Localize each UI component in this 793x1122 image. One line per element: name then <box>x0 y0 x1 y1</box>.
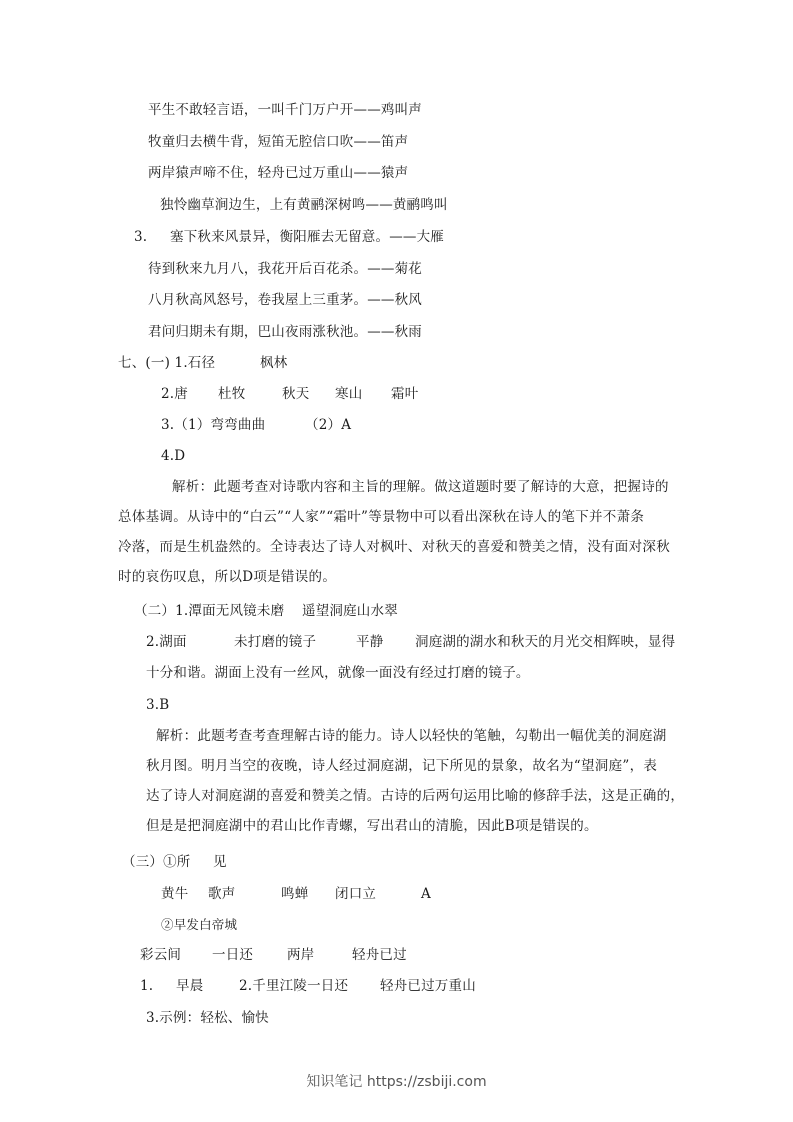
poem-line: 八月秋高风怒号，卷我屋上三重茅。——秋风 <box>148 291 422 309</box>
answer-line: 3.示例：轻松、愉快 <box>146 1009 269 1027</box>
answer-line: （二）1.潭面无风镜未磨 <box>134 602 284 620</box>
answer-line: 寒山 <box>335 385 362 403</box>
answer-line: 2.湖面 <box>146 633 187 651</box>
answer-line: ②早发白帝城 <box>161 916 237 934</box>
poem-line: 独怜幽草涧边生，上有黄鹂深树鸣——黄鹂鸣叫 <box>160 196 448 214</box>
answer-line: 杜牧 <box>218 385 245 403</box>
analysis-line: 解析：此题考查对诗歌内容和主旨的理解。做这道题时要了解诗的大意，把握诗的 <box>118 472 670 502</box>
answer-line: 2.唐 <box>161 385 188 403</box>
answer-line: 3.（1）弯弯曲曲 <box>161 416 265 434</box>
poem-line: 塞下秋来风景异，衡阳雁去无留意。——大雁 <box>170 228 444 246</box>
answer-line: 未打磨的镜子 <box>234 633 316 651</box>
answer-line: 轻舟已过万重山 <box>380 977 476 995</box>
answer-line: 2.千里江陵一日还 <box>239 977 348 995</box>
answer-line: 见 <box>213 853 227 871</box>
analysis-line: 冷落，而是生机盎然的。全诗表达了诗人对枫叶、对秋天的喜爱和赞美之情，没有面对深秋 <box>118 532 670 562</box>
answer-line: 平静 <box>356 633 383 651</box>
answer-line: 十分和谐。湖面上没有一丝风，就像一面没有经过打磨的镜子。 <box>146 664 530 682</box>
analysis-line: 时的哀伤叹息，所以D项是错误的。 <box>118 562 670 592</box>
analysis-line: 解析：此题考查考查理解古诗的能力。诗人以轻快的笔触，勾勒出一幅优美的洞庭湖 <box>146 721 684 751</box>
analysis-line: 达了诗人对洞庭湖的喜爱和赞美之情。古诗的后两句运用比喻的修辞手法，这是正确的， <box>146 781 684 811</box>
analysis-line: 但是是把洞庭湖中的君山比作青螺，写出君山的清脆，因此B项是错误的。 <box>146 811 684 841</box>
answer-line: 遥望洞庭山水翠 <box>302 602 398 620</box>
answer-line: 彩云间 <box>140 946 181 964</box>
poem-line: 两岸猿声啼不住，轻舟已过万重山——猿声 <box>148 164 408 182</box>
answer-line: 轻舟已过 <box>352 946 407 964</box>
poem-line: 君问归期未有期，巴山夜雨涨秋池。——秋雨 <box>148 323 422 341</box>
answer-line: 霜叶 <box>391 385 418 403</box>
poem-line: 平生不敢轻言语，一叫千门万户开——鸡叫声 <box>148 101 422 119</box>
answer-line: 洞庭湖的湖水和秋天的月光交相辉映，显得 <box>415 633 675 651</box>
answer-line: 1. <box>140 977 153 995</box>
watermark-footer: 知识笔记 https://zsbiji.com <box>0 1071 793 1091</box>
answer-line: A <box>421 885 431 903</box>
answer-line: （2）A <box>305 416 351 434</box>
answer-line: 鸣蝉 <box>281 885 308 903</box>
answer-line: 4.D <box>161 447 185 465</box>
answer-line: 枫林 <box>260 354 287 372</box>
analysis-line: 总体基调。从诗中的“白云”“人家”“霜叶”等景物中可以看出深秋在诗人的笔下并不萧… <box>118 502 670 532</box>
poem-line: 牧童归去横牛背，短笛无腔信口吹——笛声 <box>148 133 408 151</box>
question-number: 3. <box>134 228 147 246</box>
answer-line: 歌声 <box>208 885 235 903</box>
answer-line: 两岸 <box>287 946 314 964</box>
answer-line: 一日还 <box>212 946 253 964</box>
answer-line: 闭口立 <box>335 885 376 903</box>
analysis-paragraph: 解析：此题考查对诗歌内容和主旨的理解。做这道题时要了解诗的大意，把握诗的 总体基… <box>118 472 670 592</box>
answer-line: 早晨 <box>176 977 203 995</box>
answer-line: 七、(一) 1.石径 <box>118 354 215 372</box>
poem-line: 待到秋来九月八，我花开后百花杀。——菊花 <box>148 260 422 278</box>
answer-line: （三）①所 <box>122 853 191 871</box>
analysis-paragraph: 解析：此题考查考查理解古诗的能力。诗人以轻快的笔触，勾勒出一幅优美的洞庭湖 秋月… <box>146 721 684 841</box>
answer-line: 黄牛 <box>161 885 188 903</box>
analysis-line: 秋月图。明月当空的夜晚，诗人经过洞庭湖，记下所见的景象，故名为“望洞庭”，表 <box>146 751 684 781</box>
answer-line: 3.B <box>146 696 169 714</box>
answer-line: 秋天 <box>282 385 309 403</box>
